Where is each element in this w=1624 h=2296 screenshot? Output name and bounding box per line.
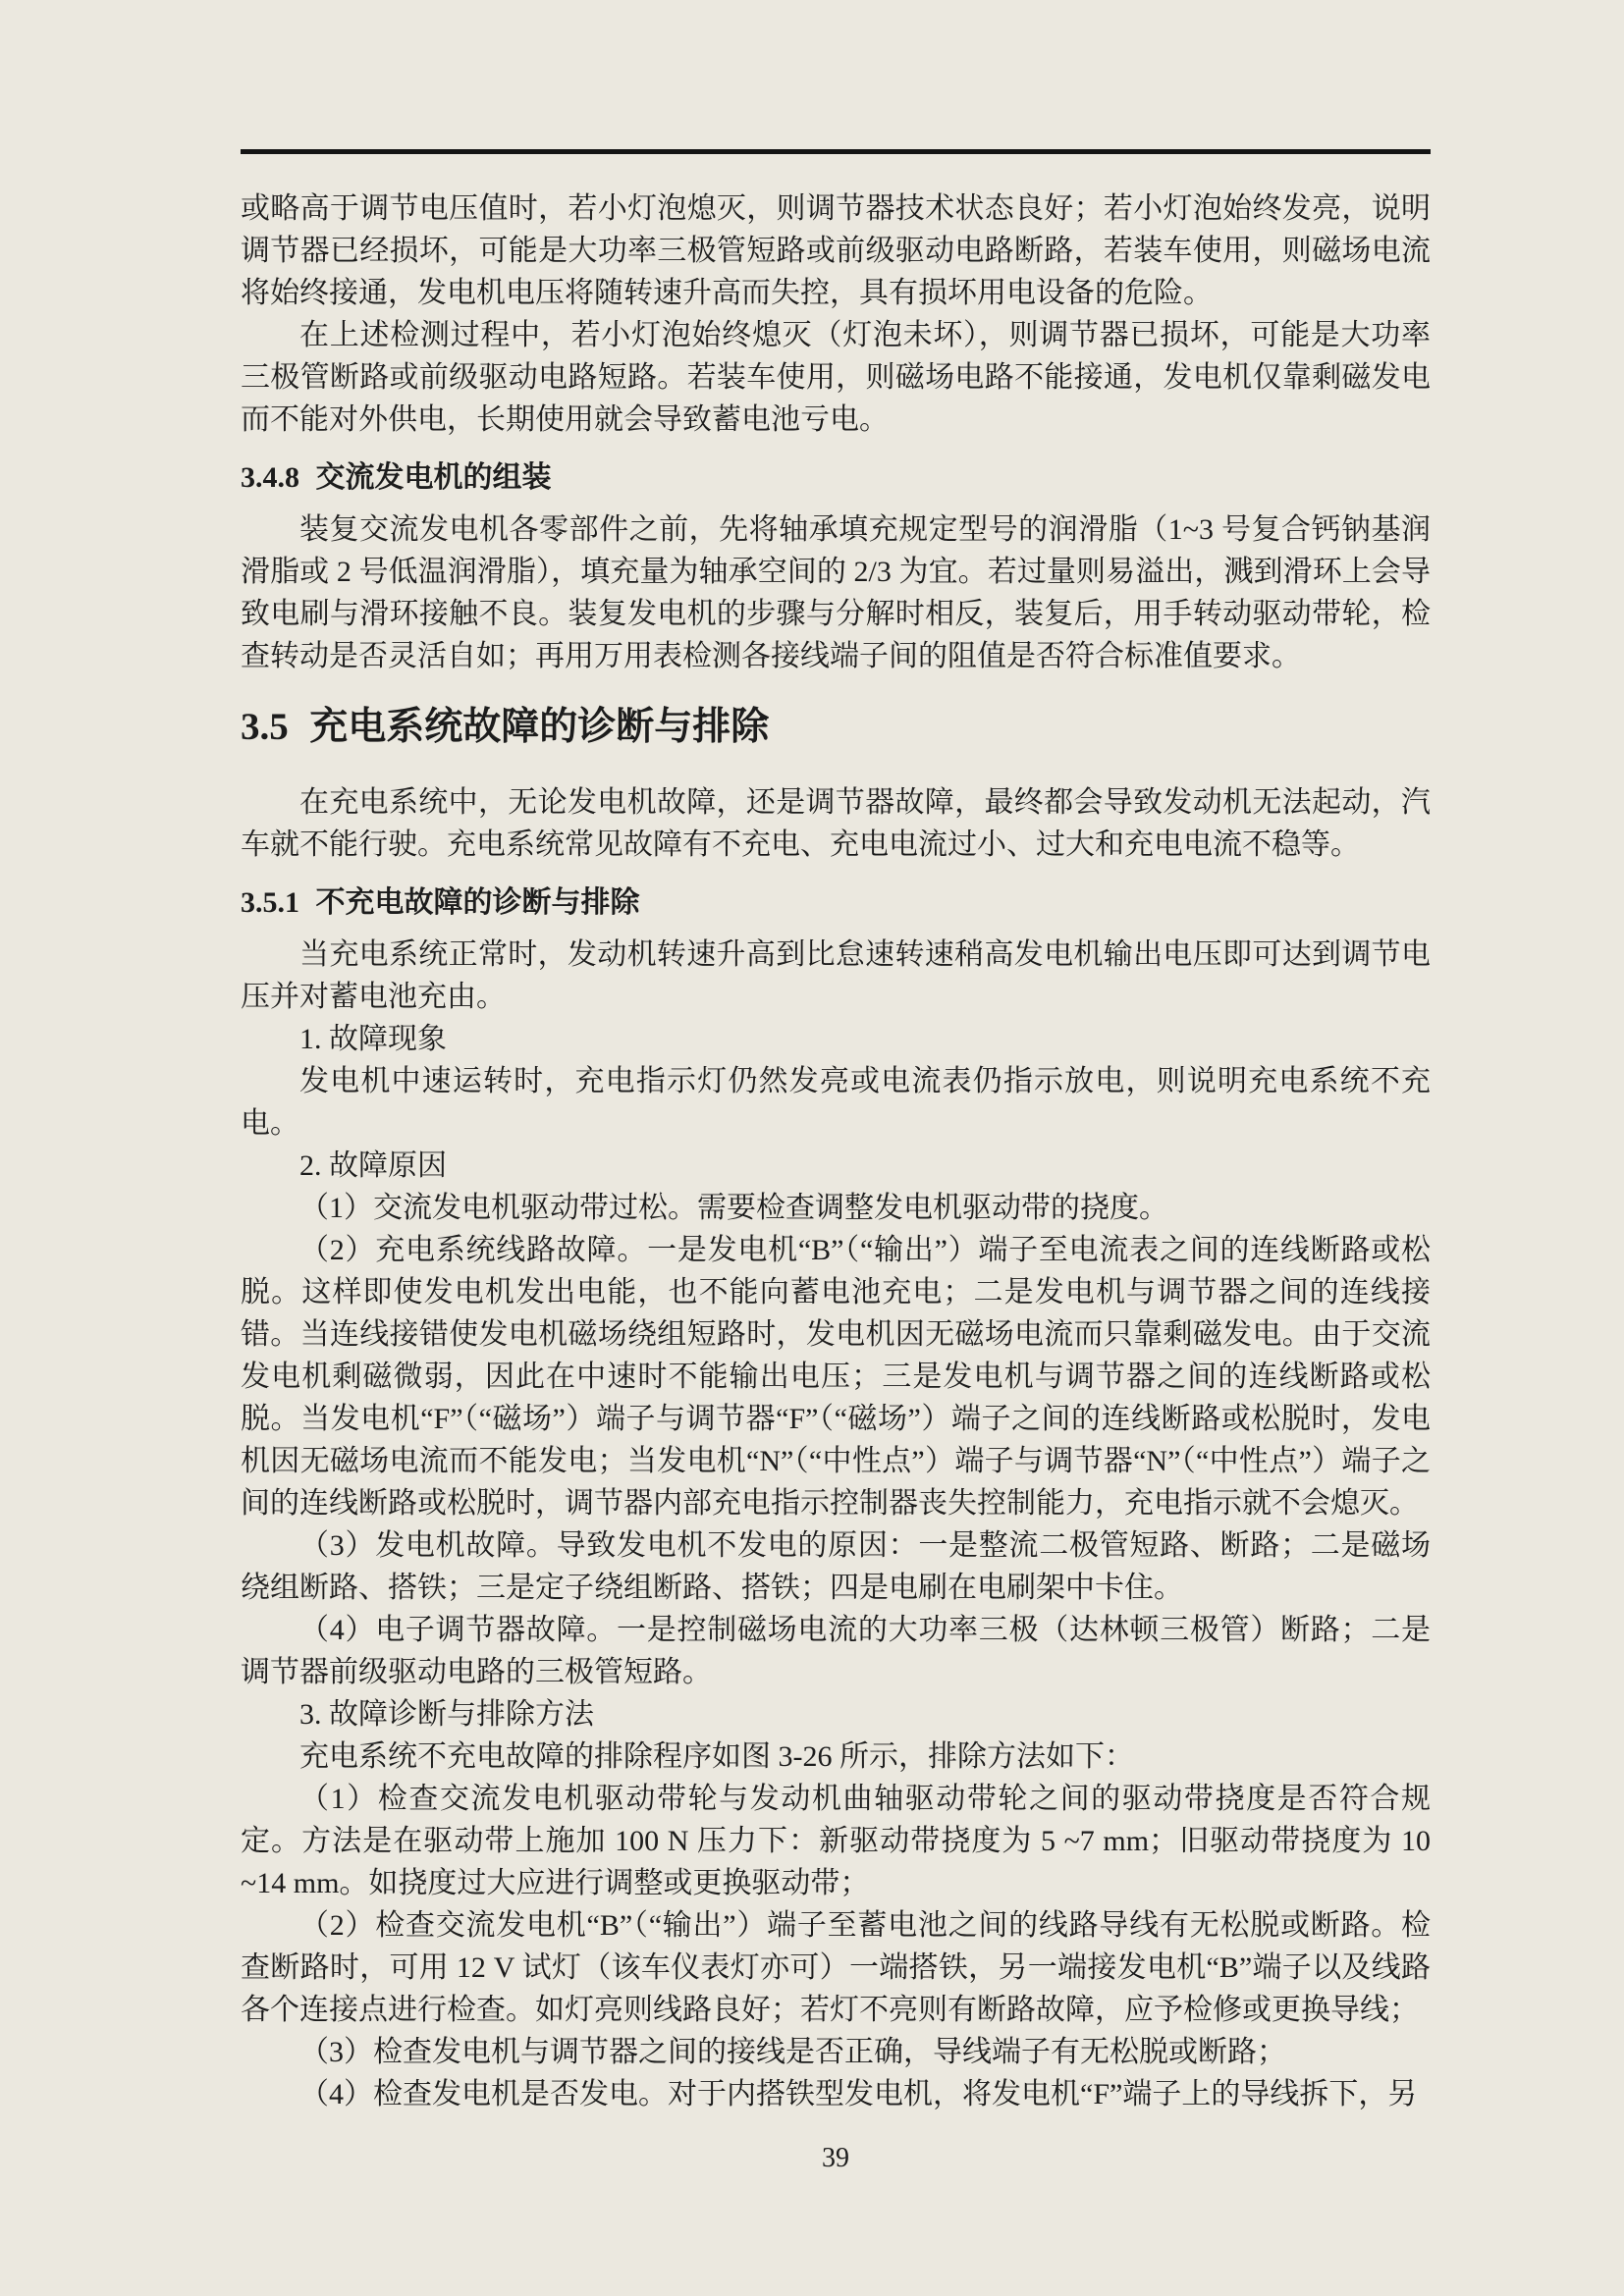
list-item-diagnosis-method: 3. 故障诊断与排除方法 <box>241 1693 1431 1735</box>
section-heading-3-5-1: 3.5.1不充电故障的诊断与排除 <box>241 881 1431 924</box>
paragraph-cause-1-belt: （1）交流发电机驱动带过松。需要检查调整发电机驱动带的挠度。 <box>241 1187 1431 1229</box>
paragraph-step-4-generation-check: （4）检查发电机是否发电。对于内搭铁型发电机，将发电机“F”端子上的导线拆下，另 <box>241 2073 1431 2115</box>
paragraph-lamp-off-case: 在上述检测过程中，若小灯泡始终熄灭（灯泡未坏），则调节器已损坏，可能是大功率三极… <box>241 314 1431 441</box>
section-title: 不充电故障的诊断与排除 <box>316 886 640 919</box>
text-column: 或略高于调节电压值时，若小灯泡熄灭，则调节器技术状态良好；若小灯泡始终发亮，说明… <box>241 0 1431 2179</box>
section-heading-3-4-8: 3.4.8交流发电机的组装 <box>241 456 1431 499</box>
paragraph-procedure-intro: 充电系统不充电故障的排除程序如图 3-26 所示，排除方法如下： <box>241 1735 1431 1778</box>
page-number: 39 <box>241 2137 1431 2179</box>
paragraph-step-2-b-terminal-check: （2）检查交流发电机“B”（“输出”）端子至蓄电池之间的线路导线有无松脱或断路。… <box>241 1904 1431 2031</box>
header-rule <box>241 149 1431 154</box>
paragraph-cause-3-generator: （3）发电机故障。导致发电机不发电的原因：一是整流二极管短路、断路；二是磁场绕组… <box>241 1524 1431 1609</box>
chapter-title: 充电系统故障的诊断与排除 <box>309 706 769 748</box>
paragraph-generator-assembly: 装复交流发电机各零部件之前，先将轴承填充规定型号的润滑脂（1~3 号复合钙钠基润… <box>241 508 1431 677</box>
paragraph-step-1-belt-check: （1）检查交流发电机驱动带轮与发动机曲轴驱动带轮之间的驱动带挠度是否符合规定。方… <box>241 1778 1431 1904</box>
paragraph-charging-system-intro: 在充电系统中，无论发电机故障，还是调节器故障，最终都会导致发动机无法起动，汽车就… <box>241 781 1431 866</box>
paragraph-normal-charging: 当充电系统正常时，发动机转速升高到比怠速转速稍高发电机输出电压即可达到调节电压并… <box>241 934 1431 1018</box>
list-item-fault-symptom: 1. 故障现象 <box>241 1018 1431 1060</box>
paragraph-step-3-wiring-check: （3）检查发电机与调节器之间的接线是否正确，导线端子有无松脱或断路； <box>241 2031 1431 2073</box>
paragraph-cause-2-wiring: （2）充电系统线路故障。一是发电机“B”（“输出”）端子至电流表之间的连线断路或… <box>241 1229 1431 1524</box>
document-page: 或略高于调节电压值时，若小灯泡熄灭，则调节器技术状态良好；若小灯泡始终发亮，说明… <box>0 0 1624 2296</box>
list-item-fault-cause: 2. 故障原因 <box>241 1145 1431 1187</box>
paragraph-symptom-detail: 发电机中速运转时，充电指示灯仍然发亮或电流表仍指示放电，则说明充电系统不充电。 <box>241 1060 1431 1145</box>
chapter-heading-3-5: 3.5充电系统故障的诊断与排除 <box>241 703 1431 752</box>
section-number: 3.4.8 <box>241 461 299 494</box>
paragraph-regulator-lamp-test: 或略高于调节电压值时，若小灯泡熄灭，则调节器技术状态良好；若小灯泡始终发亮，说明… <box>241 187 1431 314</box>
section-number: 3.5.1 <box>241 886 299 919</box>
section-title: 交流发电机的组装 <box>316 461 552 494</box>
chapter-number: 3.5 <box>241 706 289 748</box>
paragraph-cause-4-regulator: （4）电子调节器故障。一是控制磁场电流的大功率三极（达林顿三极管）断路；二是调节… <box>241 1609 1431 1693</box>
